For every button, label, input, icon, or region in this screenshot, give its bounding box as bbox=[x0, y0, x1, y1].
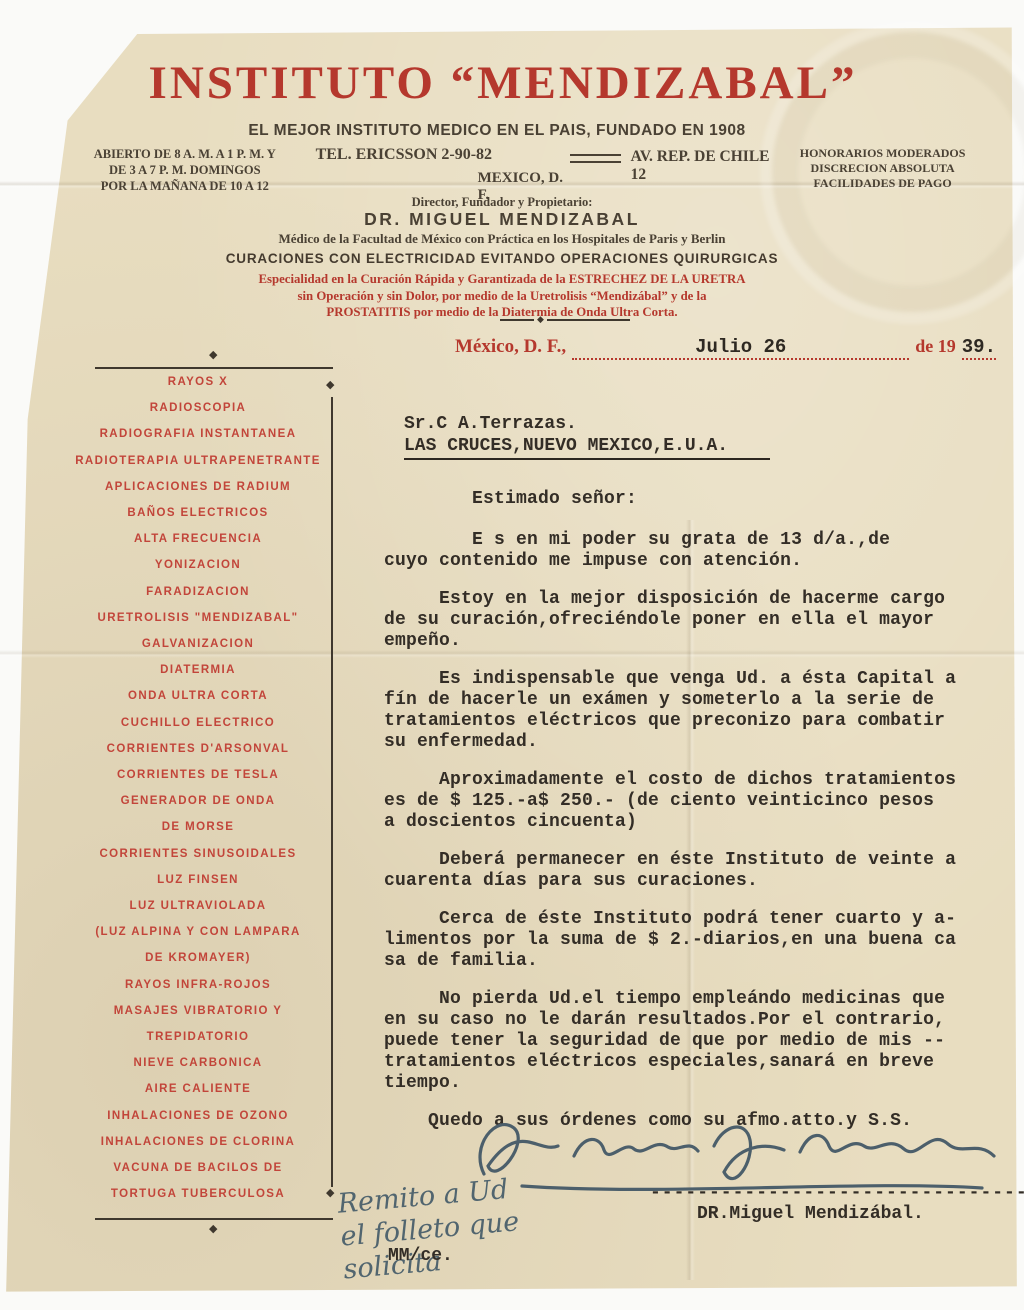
service-item: RADIOSCOPIA bbox=[62, 395, 334, 421]
signature-rule: -------------------------------- bbox=[650, 1183, 1024, 1203]
director-credentials: Médico de la Facultad de México con Prác… bbox=[0, 231, 1004, 247]
service-item: FARADIZACION bbox=[62, 579, 334, 605]
paragraph: No pierda Ud.el tiempo empleándo medicin… bbox=[384, 989, 1020, 1094]
fees-line1: HONORARIOS MODERADOS bbox=[783, 146, 982, 161]
service-item: DE MORSE bbox=[62, 814, 334, 840]
ornament-line bbox=[547, 319, 630, 321]
service-item: APLICACIONES DE RADIUM bbox=[62, 474, 334, 500]
service-item: RAYOS INFRA-ROJOS bbox=[62, 972, 334, 998]
letter-body: Estimado señor: E s en mi poder su grata… bbox=[384, 489, 1020, 1132]
service-item: VACUNA DE BACILOS DE bbox=[62, 1155, 334, 1181]
office-hours-line2: DE 3 A 7 P. M. DOMINGOS bbox=[68, 162, 302, 178]
service-item: RADIOGRAFIA INSTANTANEA bbox=[62, 421, 334, 447]
office-hours-line3: POR LA MAÑANA DE 10 A 12 bbox=[68, 178, 302, 194]
service-item: GENERADOR DE ONDA bbox=[62, 788, 334, 814]
service-item: GALVANIZACION bbox=[62, 631, 334, 657]
typed-date: Julio 26 bbox=[572, 336, 909, 360]
service-item: TREPIDATORIO bbox=[62, 1024, 334, 1050]
recipient-name: Sr.C A.Terrazas. bbox=[404, 413, 770, 435]
service-item: URETROLISIS "MENDIZABAL" bbox=[62, 605, 334, 631]
paragraph: Cerca de éste Instituto podrá tener cuar… bbox=[384, 909, 1020, 972]
diamond-icon: ◆ bbox=[326, 380, 334, 391]
diamond-icon: ◆ bbox=[209, 350, 217, 361]
divider-ornament: ◆ bbox=[500, 315, 630, 324]
ornament-line bbox=[500, 319, 534, 321]
reference-initials: MM/ce. bbox=[388, 1246, 453, 1266]
service-item: NIEVE CARBONICA bbox=[62, 1050, 334, 1076]
service-item: CORRIENTES DE TESLA bbox=[62, 762, 334, 788]
tagline: CURACIONES CON ELECTRICIDAD EVITANDO OPE… bbox=[0, 251, 1004, 266]
typed-year: 39. bbox=[962, 336, 996, 360]
services-list: RAYOS X RADIOSCOPIA RADIOGRAFIA INSTANTA… bbox=[62, 369, 334, 1208]
service-item: CORRIENTES SINUSOIDALES bbox=[62, 841, 334, 867]
service-item: MASAJES VIBRATORIO Y bbox=[62, 998, 334, 1024]
fees-line3: FACILIDADES DE PAGO bbox=[783, 176, 982, 191]
recipient-address: LAS CRUCES,NUEVO MEXICO,E.U.A. bbox=[404, 435, 770, 460]
service-item: LUZ FINSEN bbox=[62, 867, 334, 893]
director-name: DR. MIGUEL MENDIZABAL bbox=[0, 209, 1004, 230]
telephone: TEL. ERICSSON 2-90-82 bbox=[316, 146, 569, 164]
sidebar-bottom-divider bbox=[95, 1218, 333, 1220]
paragraph: E s en mi poder su grata de 13 d/a.,de c… bbox=[384, 530, 1020, 572]
service-item: TORTUGA TUBERCULOSA bbox=[62, 1181, 334, 1207]
diamond-icon: ◆ bbox=[326, 1188, 334, 1199]
service-item: RADIOTERAPIA ULTRAPENETRANTE bbox=[62, 448, 334, 474]
office-hours-line1: ABIERTO DE 8 A. M. A 1 P. M. Y bbox=[68, 146, 302, 162]
service-item: INHALACIONES DE OZONO bbox=[62, 1103, 334, 1129]
service-item: LUZ ULTRAVIOLADA bbox=[62, 893, 334, 919]
service-item: (LUZ ALPINA Y CON LAMPARA bbox=[62, 919, 334, 945]
double-rule-icon bbox=[570, 154, 620, 163]
fees-line2: DISCRECION ABSOLUTA bbox=[783, 161, 982, 176]
service-item: CUCHILLO ELECTRICO bbox=[62, 710, 334, 736]
dateline-place: México, D. F., bbox=[455, 336, 566, 358]
service-item: AIRE CALIENTE bbox=[62, 1076, 334, 1102]
service-item: ALTA FRECUENCIA bbox=[62, 526, 334, 552]
fees-block: HONORARIOS MODERADOS DISCRECION ABSOLUTA… bbox=[783, 146, 982, 191]
service-item: CORRIENTES D'ARSONVAL bbox=[62, 736, 334, 762]
diamond-icon: ◆ bbox=[534, 315, 547, 324]
dateline: México, D. F., Julio 26 de 19 39. bbox=[455, 336, 996, 360]
diamond-icon: ◆ bbox=[209, 1224, 217, 1235]
letterhead-title: INSTITUTO “MENDIZABAL” bbox=[0, 56, 1006, 110]
signed-name: DR.Miguel Mendizábal. bbox=[697, 1204, 924, 1224]
paragraph: Aproximadamente el costo de dichos trata… bbox=[384, 770, 1020, 833]
letterhead-subtitle: EL MEJOR INSTITUTO MEDICO EN EL PAIS, FU… bbox=[0, 122, 994, 140]
vertical-rule bbox=[331, 397, 333, 1187]
salutation: Estimado señor: bbox=[384, 489, 1020, 510]
service-item: YONIZACION bbox=[62, 552, 334, 578]
scanned-letter: INSTITUTO “MENDIZABAL” EL MEJOR INSTITUT… bbox=[0, 0, 1024, 1310]
street-address: AV. REP. DE CHILE 12 bbox=[631, 148, 784, 184]
director-label: Director, Fundador y Propietario: bbox=[0, 195, 1004, 210]
recipient-block: Sr.C A.Terrazas. LAS CRUCES,NUEVO MEXICO… bbox=[404, 413, 770, 460]
specialty-line1: Especialidad en la Curación Rápida y Gar… bbox=[0, 271, 1004, 288]
paragraph: Estoy en la mejor disposición de hacerme… bbox=[384, 589, 1020, 652]
paragraph: Deberá permanecer en éste Instituto de v… bbox=[384, 850, 1020, 892]
service-item: DE KROMAYER) bbox=[62, 945, 334, 971]
service-item: RAYOS X bbox=[62, 369, 334, 395]
paragraph: Es indispensable que venga Ud. a ésta Ca… bbox=[384, 669, 1020, 753]
year-prefix: de 19 bbox=[915, 336, 956, 357]
service-item: INHALACIONES DE CLORINA bbox=[62, 1129, 334, 1155]
office-hours: ABIERTO DE 8 A. M. A 1 P. M. Y DE 3 A 7 … bbox=[68, 146, 302, 194]
service-item: DIATERMIA bbox=[62, 657, 334, 683]
service-item: BAÑOS ELECTRICOS bbox=[62, 500, 334, 526]
specialty-statement: Especialidad en la Curación Rápida y Gar… bbox=[0, 271, 1004, 321]
specialty-line2: sin Operación y sin Dolor, por medio de … bbox=[0, 288, 1004, 305]
service-item: ONDA ULTRA CORTA bbox=[62, 683, 334, 709]
